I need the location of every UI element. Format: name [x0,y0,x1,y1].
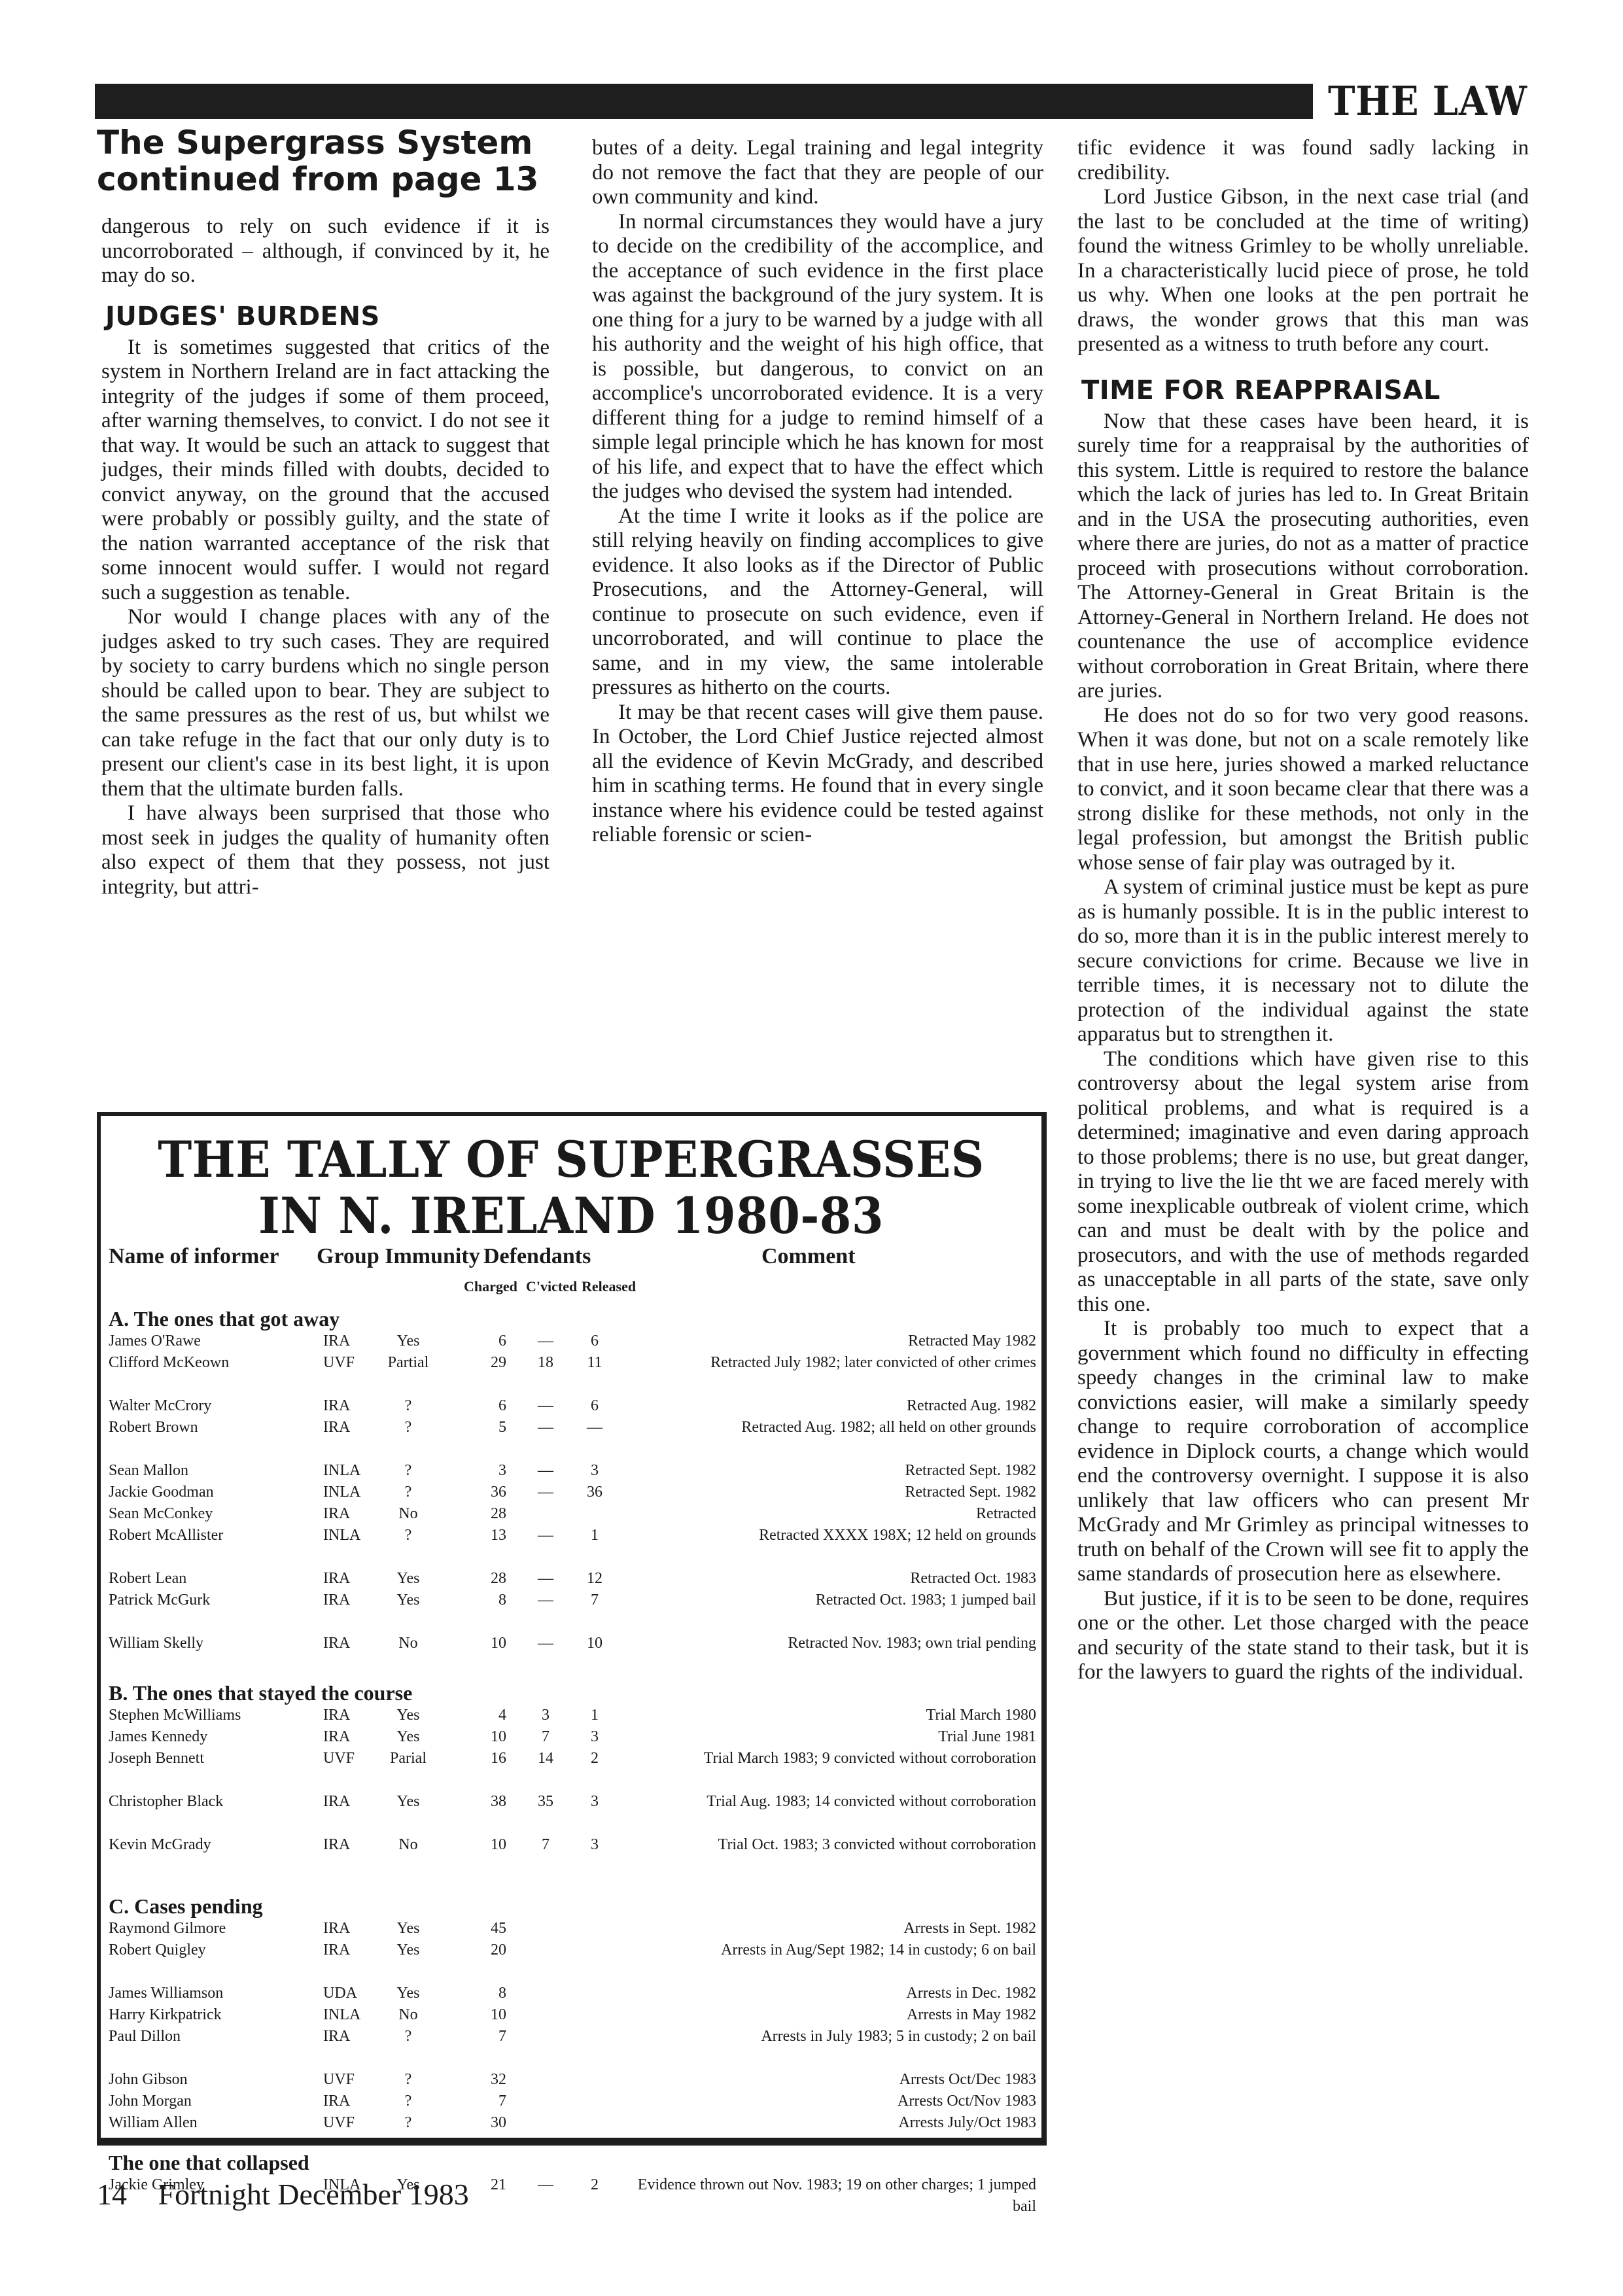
cell-charged: 3 [467,1460,506,1482]
cell-comment: Trial March 1980 [618,1705,1036,1726]
table-row: Sean MallonINLA?3—3Retracted Sept. 1982 [101,1460,1041,1482]
group-heading: C. Cases pending [109,1894,1041,1918]
cell-name: Kevin McGrady [109,1834,211,1856]
paragraph: He does not do so for two very good reas… [1077,704,1529,876]
cell-released: 2 [578,1748,611,1769]
table-title: THE TALLY OF SUPERGRASSES IN N. IRELAND … [139,1132,1004,1244]
cell-charged: 7 [467,2091,506,2112]
cell-group: IRA [323,1417,375,1438]
cell-immunity: ? [375,2112,441,2134]
cell-comment: Retracted Aug. 1982 [618,1395,1036,1417]
cell-name: Jackie Goodman [109,1482,214,1503]
cell-convicted: — [526,1331,565,1352]
paragraph: Lord Justice Gibson, in the next case tr… [1077,185,1529,357]
table-row: James O'RaweIRAYes6—6Retracted May 1982 [101,1331,1041,1352]
table-row: John MorganIRA?7Arrests Oct/Nov 1983 [101,2091,1041,2112]
cell-group: IRA [323,1503,375,1525]
cell-charged: 7 [467,2026,506,2047]
cell-convicted: 35 [526,1791,565,1813]
cell-group: UDA [323,1983,375,2004]
table-row: William SkellyIRANo10—10Retracted Nov. 1… [101,1633,1041,1676]
cell-name: John Morgan [109,2091,192,2112]
table-row: Jackie GoodmanINLA?36—36Retracted Sept. … [101,1482,1041,1503]
page-number: 14 [97,2178,127,2211]
subheading: TIME FOR REAPPRAISAL [1081,374,1529,407]
cell-group: UVF [323,1352,375,1374]
cell-name: Clifford McKeown [109,1352,229,1374]
group-heading: B. The ones that stayed the course [109,1681,1041,1705]
cell-immunity: Yes [375,1918,441,1939]
cell-name: Sean Mallon [109,1460,188,1482]
cell-released: 6 [578,1395,611,1417]
cell-charged: 8 [467,1590,506,1611]
cell-released: 7 [578,1590,611,1611]
paragraph: The conditions which have given rise to … [1077,1047,1529,1317]
cell-charged: 6 [467,1395,506,1417]
cell-comment: Retracted [618,1503,1036,1525]
header-name: Name of informer [109,1244,279,1269]
cell-immunity: Yes [375,1726,441,1748]
paragraph: butes of a deity. Legal training and leg… [592,136,1043,210]
cell-immunity: Parial [375,1748,441,1769]
cell-group: IRA [323,1939,375,1961]
cell-immunity: Yes [375,1568,441,1590]
cell-comment: Arrests in Dec. 1982 [618,1983,1036,2004]
group-heading: The one that collapsed [109,2151,1041,2174]
cell-comment: Retracted Oct. 1983; 1 jumped bail [618,1590,1036,1611]
cell-released: 1 [578,1525,611,1546]
cell-charged: 16 [467,1748,506,1769]
article-column-1: dangerous to rely on such evidence if it… [101,215,550,899]
paragraph: A system of criminal justice must be kep… [1077,875,1529,1047]
cell-comment: Retracted Sept. 1982 [618,1482,1036,1503]
cell-group: UVF [323,2112,375,2134]
cell-name: Walter McCrory [109,1395,211,1417]
cell-immunity: Partial [375,1352,441,1374]
cell-convicted: — [526,1460,565,1482]
table-row: Walter McCroryIRA?6—6Retracted Aug. 1982 [101,1395,1041,1417]
cell-immunity: ? [375,2026,441,2047]
header-group-immunity: Group Immunity [317,1244,480,1269]
table-row: Robert LeanIRAYes28—12Retracted Oct. 198… [101,1568,1041,1590]
cell-immunity: No [375,1633,441,1654]
cell-comment: Arrests in May 1982 [618,2004,1036,2026]
cell-charged: 10 [467,1726,506,1748]
cell-name: Sean McConkey [109,1503,213,1525]
publication-name: Fortnight December 1983 [158,2178,469,2211]
cell-released: 2 [578,2174,611,2196]
cell-immunity: Yes [375,1331,441,1352]
header-charged: Charged [464,1278,517,1295]
cell-name: James Williamson [109,1983,223,2004]
cell-immunity: No [375,1503,441,1525]
cell-name: Paul Dillon [109,2026,181,2047]
paragraph: tific evidence it was found sadly lackin… [1077,136,1529,185]
cell-comment: Retracted Nov. 1983; own trial pending [618,1633,1036,1654]
cell-comment: Retracted May 1982 [618,1331,1036,1352]
cell-charged: 30 [467,2112,506,2134]
cell-convicted: — [526,1568,565,1590]
cell-group: UVF [323,1748,375,1769]
paragraph: dangerous to rely on such evidence if it… [101,215,550,288]
cell-immunity: No [375,1834,441,1856]
cell-comment: Retracted July 1982; later convicted of … [618,1352,1036,1374]
cell-charged: 29 [467,1352,506,1374]
table-row: Robert McAllisterINLA?13—1Retracted XXXX… [101,1525,1041,1568]
table-row: Harry KirkpatrickINLANo10Arrests in May … [101,2004,1041,2026]
cell-name: Robert Quigley [109,1939,206,1961]
cell-immunity: Yes [375,1791,441,1813]
article-column-3: tific evidence it was found sadly lackin… [1077,136,1529,1685]
cell-comment: Trial Oct. 1983; 3 convicted without cor… [618,1834,1036,1856]
cell-charged: 45 [467,1918,506,1939]
cell-comment: Arrests July/Oct 1983 [618,2112,1036,2134]
cell-group: IRA [323,1395,375,1417]
table-row: James WilliamsonUDAYes8Arrests in Dec. 1… [101,1983,1041,2004]
cell-released: 6 [578,1331,611,1352]
paragraph: In normal circumstances they would have … [592,210,1043,504]
cell-charged: 38 [467,1791,506,1813]
cell-convicted: — [526,1417,565,1438]
table-row: Stephen McWilliamsIRAYes431Trial March 1… [101,1705,1041,1726]
table-row: Christopher BlackIRAYes38353Trial Aug. 1… [101,1791,1041,1834]
cell-group: UVF [323,2069,375,2091]
cell-convicted: 18 [526,1352,565,1374]
table-row: Patrick McGurkIRAYes8—7Retracted Oct. 19… [101,1590,1041,1633]
cell-immunity: Yes [375,1939,441,1961]
cell-immunity: ? [375,1417,441,1438]
cell-charged: 4 [467,1705,506,1726]
cell-comment: Arrests in July 1983; 5 in custody; 2 on… [618,2026,1036,2047]
table-row: Clifford McKeownUVFPartial291811Retracte… [101,1352,1041,1395]
subheading: JUDGES' BURDENS [105,300,550,333]
table-row: Sean McConkeyIRANo28Retracted [101,1503,1041,1525]
cell-comment: Retracted Aug. 1982; all held on other g… [618,1417,1036,1438]
cell-comment: Retracted Oct. 1983 [618,1568,1036,1590]
cell-charged: 10 [467,2004,506,2026]
cell-released: 3 [578,1460,611,1482]
cell-convicted: 7 [526,1834,565,1856]
header-released: Released [582,1278,636,1295]
table-title-line-1: THE TALLY OF SUPERGRASSES [139,1132,1004,1188]
paragraph: It is sometimes suggested that critics o… [101,336,550,606]
article-column-2: butes of a deity. Legal training and leg… [592,136,1043,848]
cell-charged: 13 [467,1525,506,1546]
kicker-title: The Supergrass System [97,124,568,161]
cell-group: INLA [323,1482,375,1503]
cell-group: IRA [323,1834,375,1856]
table-row: Robert QuigleyIRAYes20Arrests in Aug/Sep… [101,1939,1041,1983]
cell-convicted: — [526,2174,565,2196]
cell-name: William Allen [109,2112,198,2134]
header-comment: Comment [761,1244,856,1269]
table-row: Joseph BennettUVFParial16142Trial March … [101,1748,1041,1791]
cell-name: James O'Rawe [109,1331,201,1352]
section-label: THE LAW [1328,77,1527,125]
cell-group: IRA [323,1633,375,1654]
cell-convicted: — [526,1590,565,1611]
cell-immunity: ? [375,1525,441,1546]
kicker-continued: continued from page 13 [97,161,568,198]
paragraph: I have always been surprised that those … [101,801,550,899]
table-subheader: Charged C'victed Released [101,1278,1041,1302]
group-heading: A. The ones that got away [109,1307,1041,1331]
cell-charged: 10 [467,1834,506,1856]
continued-kicker: The Supergrass System continued from pag… [97,124,568,198]
cell-charged: 28 [467,1568,506,1590]
cell-name: Harry Kirkpatrick [109,2004,222,2026]
cell-charged: 5 [467,1417,506,1438]
cell-name: John Gibson [109,2069,188,2091]
page-footer: 14 Fortnight December 1983 [97,2177,469,2212]
header-convicted: C'victed [526,1278,577,1295]
cell-group: IRA [323,1705,375,1726]
cell-immunity: ? [375,1395,441,1417]
cell-group: IRA [323,1726,375,1748]
cell-group: INLA [323,1525,375,1546]
cell-group: IRA [323,1918,375,1939]
cell-charged: 10 [467,1633,506,1654]
paragraph: At the time I write it looks as if the p… [592,504,1043,701]
paragraph: It may be that recent cases will give th… [592,701,1043,848]
cell-convicted: — [526,1525,565,1546]
cell-name: Robert Lean [109,1568,186,1590]
table-row: Raymond GilmoreIRAYes45Arrests in Sept. … [101,1918,1041,1939]
cell-comment: Trial June 1981 [618,1726,1036,1748]
paragraph: But justice, if it is to be seen to be d… [1077,1587,1529,1685]
cell-released: 3 [578,1726,611,1748]
cell-name: Christopher Black [109,1791,223,1813]
cell-name: Robert McAllister [109,1525,223,1546]
cell-charged: 36 [467,1482,506,1503]
cell-name: William Skelly [109,1633,203,1654]
cell-comment: Evidence thrown out Nov. 1983; 19 on oth… [618,2174,1036,2218]
cell-charged: 21 [467,2174,506,2196]
cell-comment: Arrests in Sept. 1982 [618,1918,1036,1939]
table-row: Paul DillonIRA?7Arrests in July 1983; 5 … [101,2026,1041,2069]
cell-name: Raymond Gilmore [109,1918,226,1939]
table-row: William AllenUVF?30Arrests July/Oct 1983 [101,2112,1041,2134]
table-title-line-2: IN N. IRELAND 1980-83 [139,1188,1004,1244]
cell-group: IRA [323,1791,375,1813]
cell-comment: Retracted XXXX 198X; 12 held on grounds [618,1525,1036,1546]
cell-comment: Retracted Sept. 1982 [618,1460,1036,1482]
cell-comment: Arrests Oct/Nov 1983 [618,2091,1036,2112]
cell-charged: 6 [467,1331,506,1352]
cell-released: 11 [578,1352,611,1374]
cell-released: 3 [578,1834,611,1856]
cell-group: INLA [323,1460,375,1482]
cell-released: 3 [578,1791,611,1813]
paragraph: It is probably too much to expect that a… [1077,1317,1529,1587]
cell-charged: 32 [467,2069,506,2091]
cell-released: 1 [578,1705,611,1726]
cell-immunity: ? [375,2069,441,2091]
cell-group: IRA [323,1331,375,1352]
cell-group: IRA [323,2026,375,2047]
table-body: A. The ones that got awayJames O'RaweIRA… [101,1307,1041,2218]
cell-immunity: ? [375,1460,441,1482]
paragraph: Nor would I change places with any of th… [101,605,550,801]
cell-group: IRA [323,2091,375,2112]
cell-released: — [578,1417,611,1438]
cell-convicted: — [526,1633,565,1654]
cell-comment: Trial March 1983; 9 convicted without co… [618,1748,1036,1769]
cell-released: 36 [578,1482,611,1503]
cell-group: INLA [323,2004,375,2026]
section-header-bar [95,84,1313,119]
supergrass-tally-table: THE TALLY OF SUPERGRASSES IN N. IRELAND … [97,1112,1047,2146]
cell-immunity: ? [375,1482,441,1503]
cell-charged: 20 [467,1939,506,1961]
cell-convicted: 7 [526,1726,565,1748]
cell-charged: 8 [467,1983,506,2004]
cell-charged: 28 [467,1503,506,1525]
cell-convicted: 14 [526,1748,565,1769]
cell-released: 10 [578,1633,611,1654]
paragraph: Now that these cases have been heard, it… [1077,409,1529,704]
cell-convicted: — [526,1482,565,1503]
cell-name: James Kennedy [109,1726,207,1748]
cell-name: Stephen McWilliams [109,1705,241,1726]
table-row: Robert BrownIRA?5——Retracted Aug. 1982; … [101,1417,1041,1460]
cell-convicted: 3 [526,1705,565,1726]
header-defendants: Defendants [483,1244,591,1269]
cell-comment: Trial Aug. 1983; 14 convicted without co… [618,1791,1036,1813]
cell-immunity: Yes [375,1705,441,1726]
cell-immunity: Yes [375,1983,441,2004]
table-row: Kevin McGradyIRANo1073Trial Oct. 1983; 3… [101,1834,1041,1877]
cell-group: IRA [323,1568,375,1590]
cell-name: Joseph Bennett [109,1748,204,1769]
cell-immunity: Yes [375,1590,441,1611]
cell-comment: Arrests Oct/Dec 1983 [618,2069,1036,2091]
cell-comment: Arrests in Aug/Sept 1982; 14 in custody;… [618,1939,1036,1961]
cell-name: Robert Brown [109,1417,198,1438]
table-row: John GibsonUVF?32Arrests Oct/Dec 1983 [101,2069,1041,2091]
table-header: Name of informer Group Immunity Defendan… [101,1244,1041,1278]
cell-immunity: ? [375,2091,441,2112]
cell-convicted: — [526,1395,565,1417]
cell-released: 12 [578,1568,611,1590]
cell-immunity: No [375,2004,441,2026]
table-row: James KennedyIRAYes1073Trial June 1981 [101,1726,1041,1748]
cell-name: Patrick McGurk [109,1590,210,1611]
cell-group: IRA [323,1590,375,1611]
